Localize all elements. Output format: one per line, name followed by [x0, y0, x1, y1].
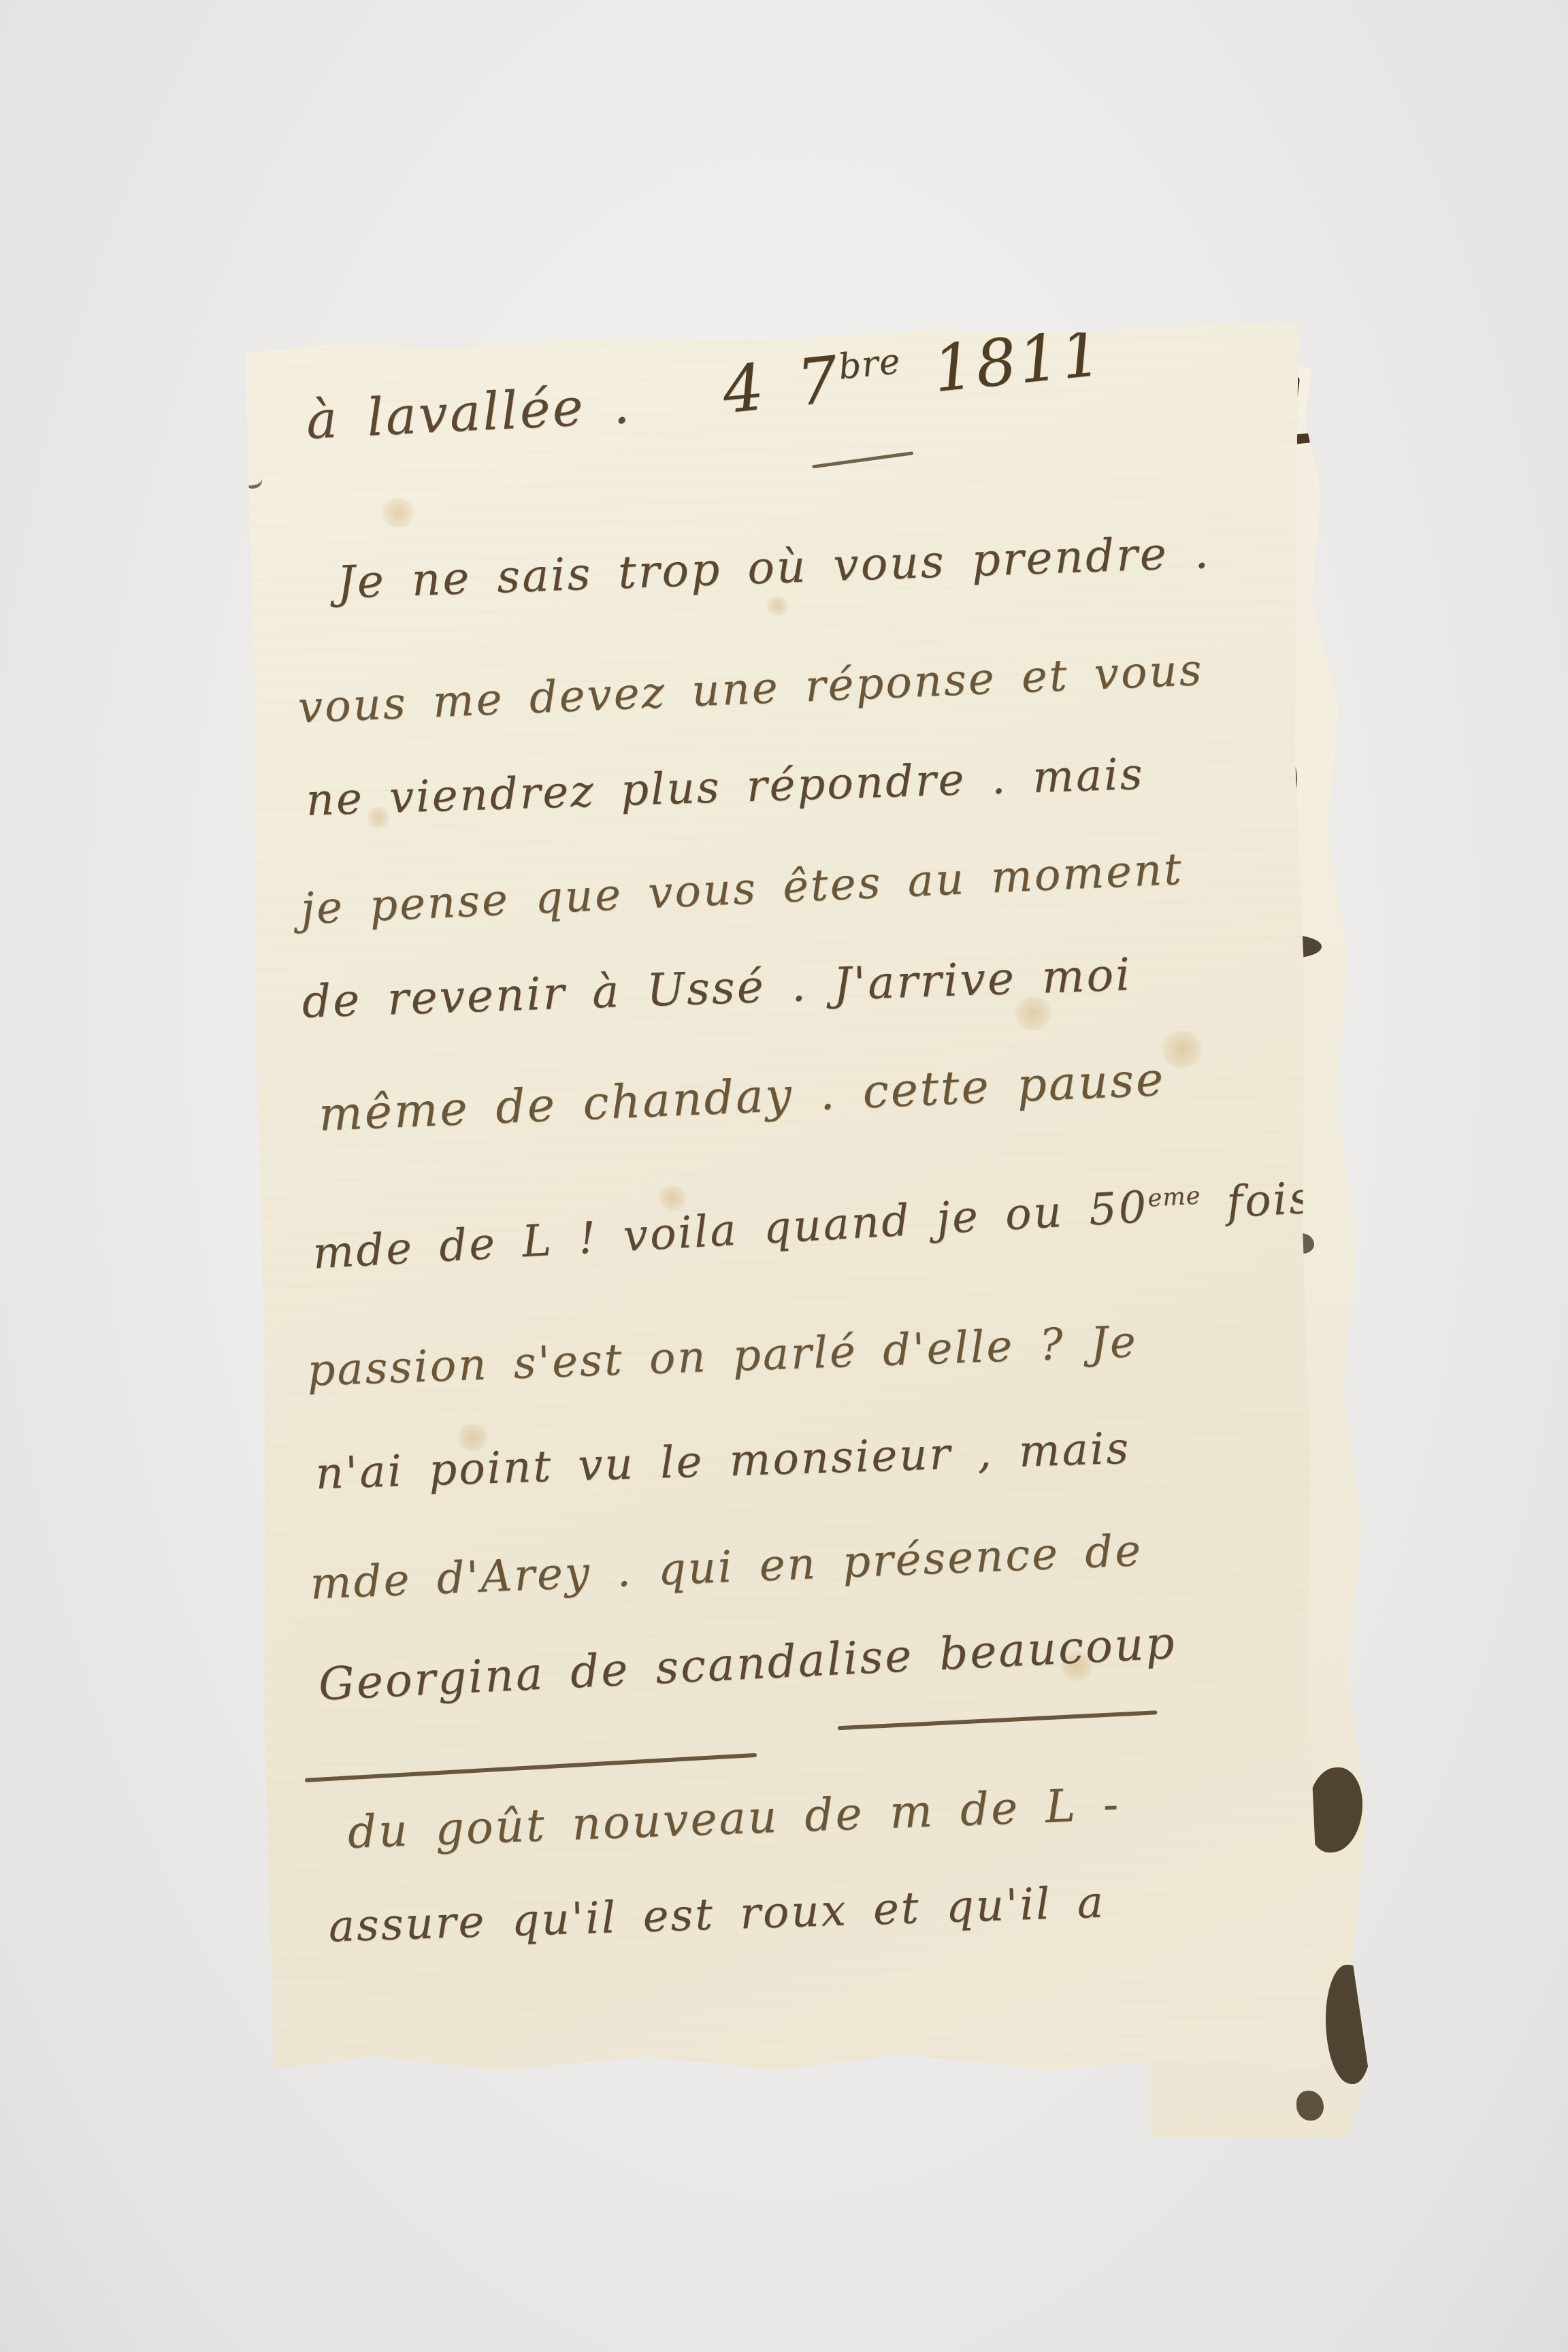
foxing-stain: [1160, 1030, 1204, 1068]
letter-line: n'ai point vu le monsieur , mais: [314, 1424, 1131, 1500]
dateline-place: à lavallée .: [305, 374, 633, 451]
letter-line-tail: fois: [1225, 1173, 1314, 1228]
letter-line-text: mde de L ! voila quand je ou 50: [312, 1182, 1150, 1279]
letter-line: passion s'est on parlé d'elle ? Je: [306, 1317, 1139, 1396]
dateline-year: 1811: [930, 316, 1107, 407]
underline-stroke: [838, 1710, 1158, 1730]
letter-line: même de chanday . cette pause: [318, 1053, 1166, 1142]
letter-line: mde d'Arey . qui en présence de: [309, 1526, 1143, 1610]
underline-stroke: [305, 1753, 757, 1782]
letter-line: vous me devez une réponse et vous: [297, 645, 1204, 734]
letter-line: assure qu'il est roux et qu'il a: [328, 1878, 1106, 1953]
letter-line: je pense que vous êtes au moment: [299, 844, 1184, 934]
foxing-stain: [659, 1185, 688, 1211]
foxing-stain: [380, 498, 416, 529]
photo-backdrop: { "scene": { "background_color": "#edece…: [0, 0, 1568, 2352]
ink-blot: [1308, 1767, 1362, 1852]
letter-line: mde de L ! voila quand je ou 50eme fois: [312, 1173, 1315, 1279]
letter-line: du goût nouveau de m de L -: [347, 1778, 1122, 1859]
letter-sheet: à lavallée . 4 7bre 1811 Je ne sais trop…: [245, 317, 1323, 2084]
ink-blot: [1326, 1965, 1372, 2084]
fiftieth-superscript: eme: [1147, 1181, 1201, 1212]
dateline-date-day-month: 4 7: [719, 343, 844, 429]
edge-ink-mark: [243, 470, 264, 490]
foxing-stain: [766, 595, 789, 616]
ink-blot: [1296, 2091, 1324, 2121]
date-flourish: [812, 451, 913, 468]
dateline-date: 4 7bre 1811: [719, 316, 1107, 428]
letter-line: Georgina de scandalise beaucoup: [317, 1616, 1177, 1711]
letter-line: ne viendrez plus répondre . mais: [306, 749, 1145, 826]
letter-line: de revenir à Ussé . J'arrive moi: [301, 948, 1133, 1028]
dateline-month-superscript: bre: [836, 341, 902, 388]
